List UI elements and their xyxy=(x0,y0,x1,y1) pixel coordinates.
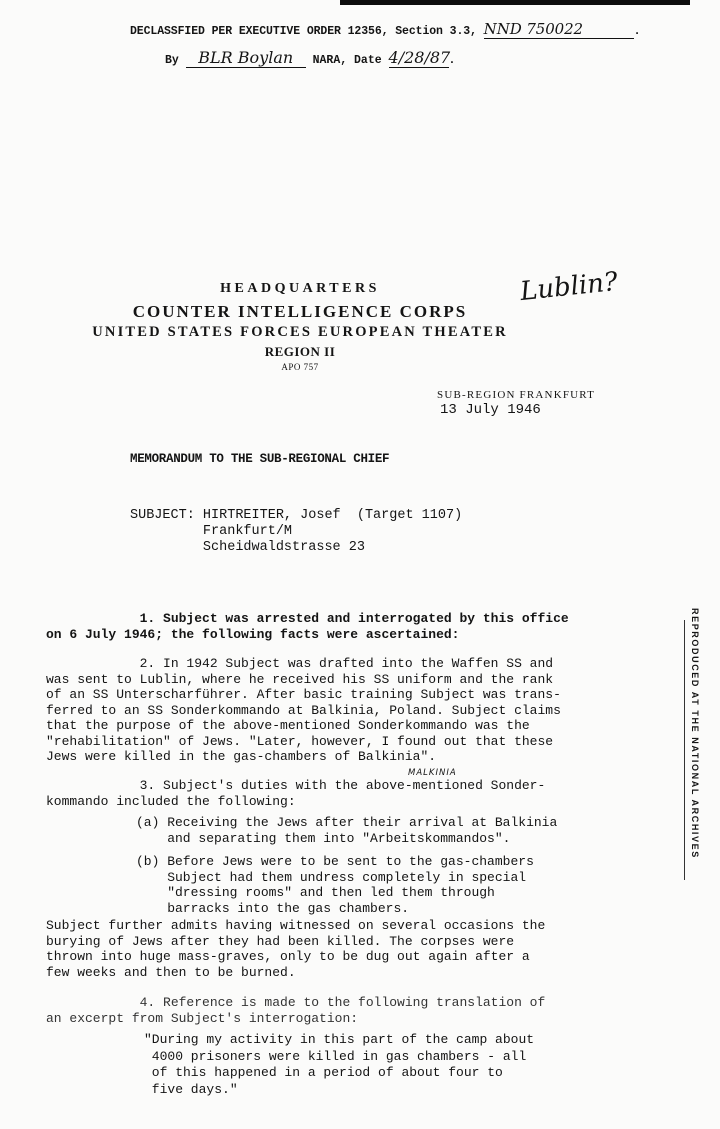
archive-stamp: REPRODUCED AT THE NATIONAL ARCHIVES xyxy=(690,608,700,868)
subject-block: SUBJECT: HIRTREITER, Josef (Target 1107)… xyxy=(130,508,462,556)
paragraph-2: 2. In 1942 Subject was drafted into the … xyxy=(46,656,676,765)
declassification-line: DECLASSFIED PER EXECUTIVE ORDER 12356, S… xyxy=(130,20,640,39)
letterhead-headquarters: HEADQUARTERS xyxy=(0,281,600,297)
paragraph-4: 4. Reference is made to the following tr… xyxy=(46,995,676,1026)
subject-name: HIRTREITER, Josef (Target 1107) xyxy=(203,508,462,523)
subject-label: SUBJECT: xyxy=(130,508,195,523)
authority-number-handwritten: NND 750022 xyxy=(484,20,634,39)
subject-address: Scheidwaldstrasse 23 xyxy=(203,540,365,555)
scan-edge-bar xyxy=(340,0,690,5)
duty-item-a: (a) Receiving the Jews after their arriv… xyxy=(136,815,557,846)
subregion-label: SUB-REGION FRANKFURT xyxy=(437,389,595,401)
declassification-reviewer-line: By BLR Boylan NARA, Date 4/28/87. xyxy=(165,48,455,68)
paragraph-further: Subject further admits having witnessed … xyxy=(46,918,676,980)
declassification-text: DECLASSFIED PER EXECUTIVE ORDER 12356, S… xyxy=(130,25,477,38)
subject-city: Frankfurt/M xyxy=(203,524,292,539)
nara-date-label: NARA, Date xyxy=(313,54,382,67)
handwritten-correction: MALKINIA xyxy=(408,768,457,778)
letterhead-usfet: UNITED STATES FORCES EUROPEAN THEATER xyxy=(0,324,600,341)
letterhead-region: REGION II xyxy=(0,344,600,360)
duty-item-b: (b) Before Jews were to be sent to the g… xyxy=(136,854,534,916)
reviewer-signature: BLR Boylan xyxy=(186,48,306,68)
declassification-date: 4/28/87 xyxy=(389,48,449,68)
memo-title: MEMORANDUM TO THE SUB-REGIONAL CHIEF xyxy=(130,452,389,466)
paragraph-1: 1. Subject was arrested and interrogated… xyxy=(46,611,676,642)
interrogation-quote: "During my activity in this part of the … xyxy=(144,1032,534,1098)
by-label: By xyxy=(165,54,179,67)
letterhead-apo: APO 757 xyxy=(0,362,600,372)
handwritten-margin-note: Lublin? xyxy=(519,267,620,307)
memo-date: 13 July 1946 xyxy=(440,402,541,418)
page-edge-line xyxy=(684,620,685,880)
letterhead-cic: COUNTER INTELLIGENCE CORPS xyxy=(0,302,600,322)
paragraph-3: 3. Subject's duties with the above-menti… xyxy=(46,778,676,809)
